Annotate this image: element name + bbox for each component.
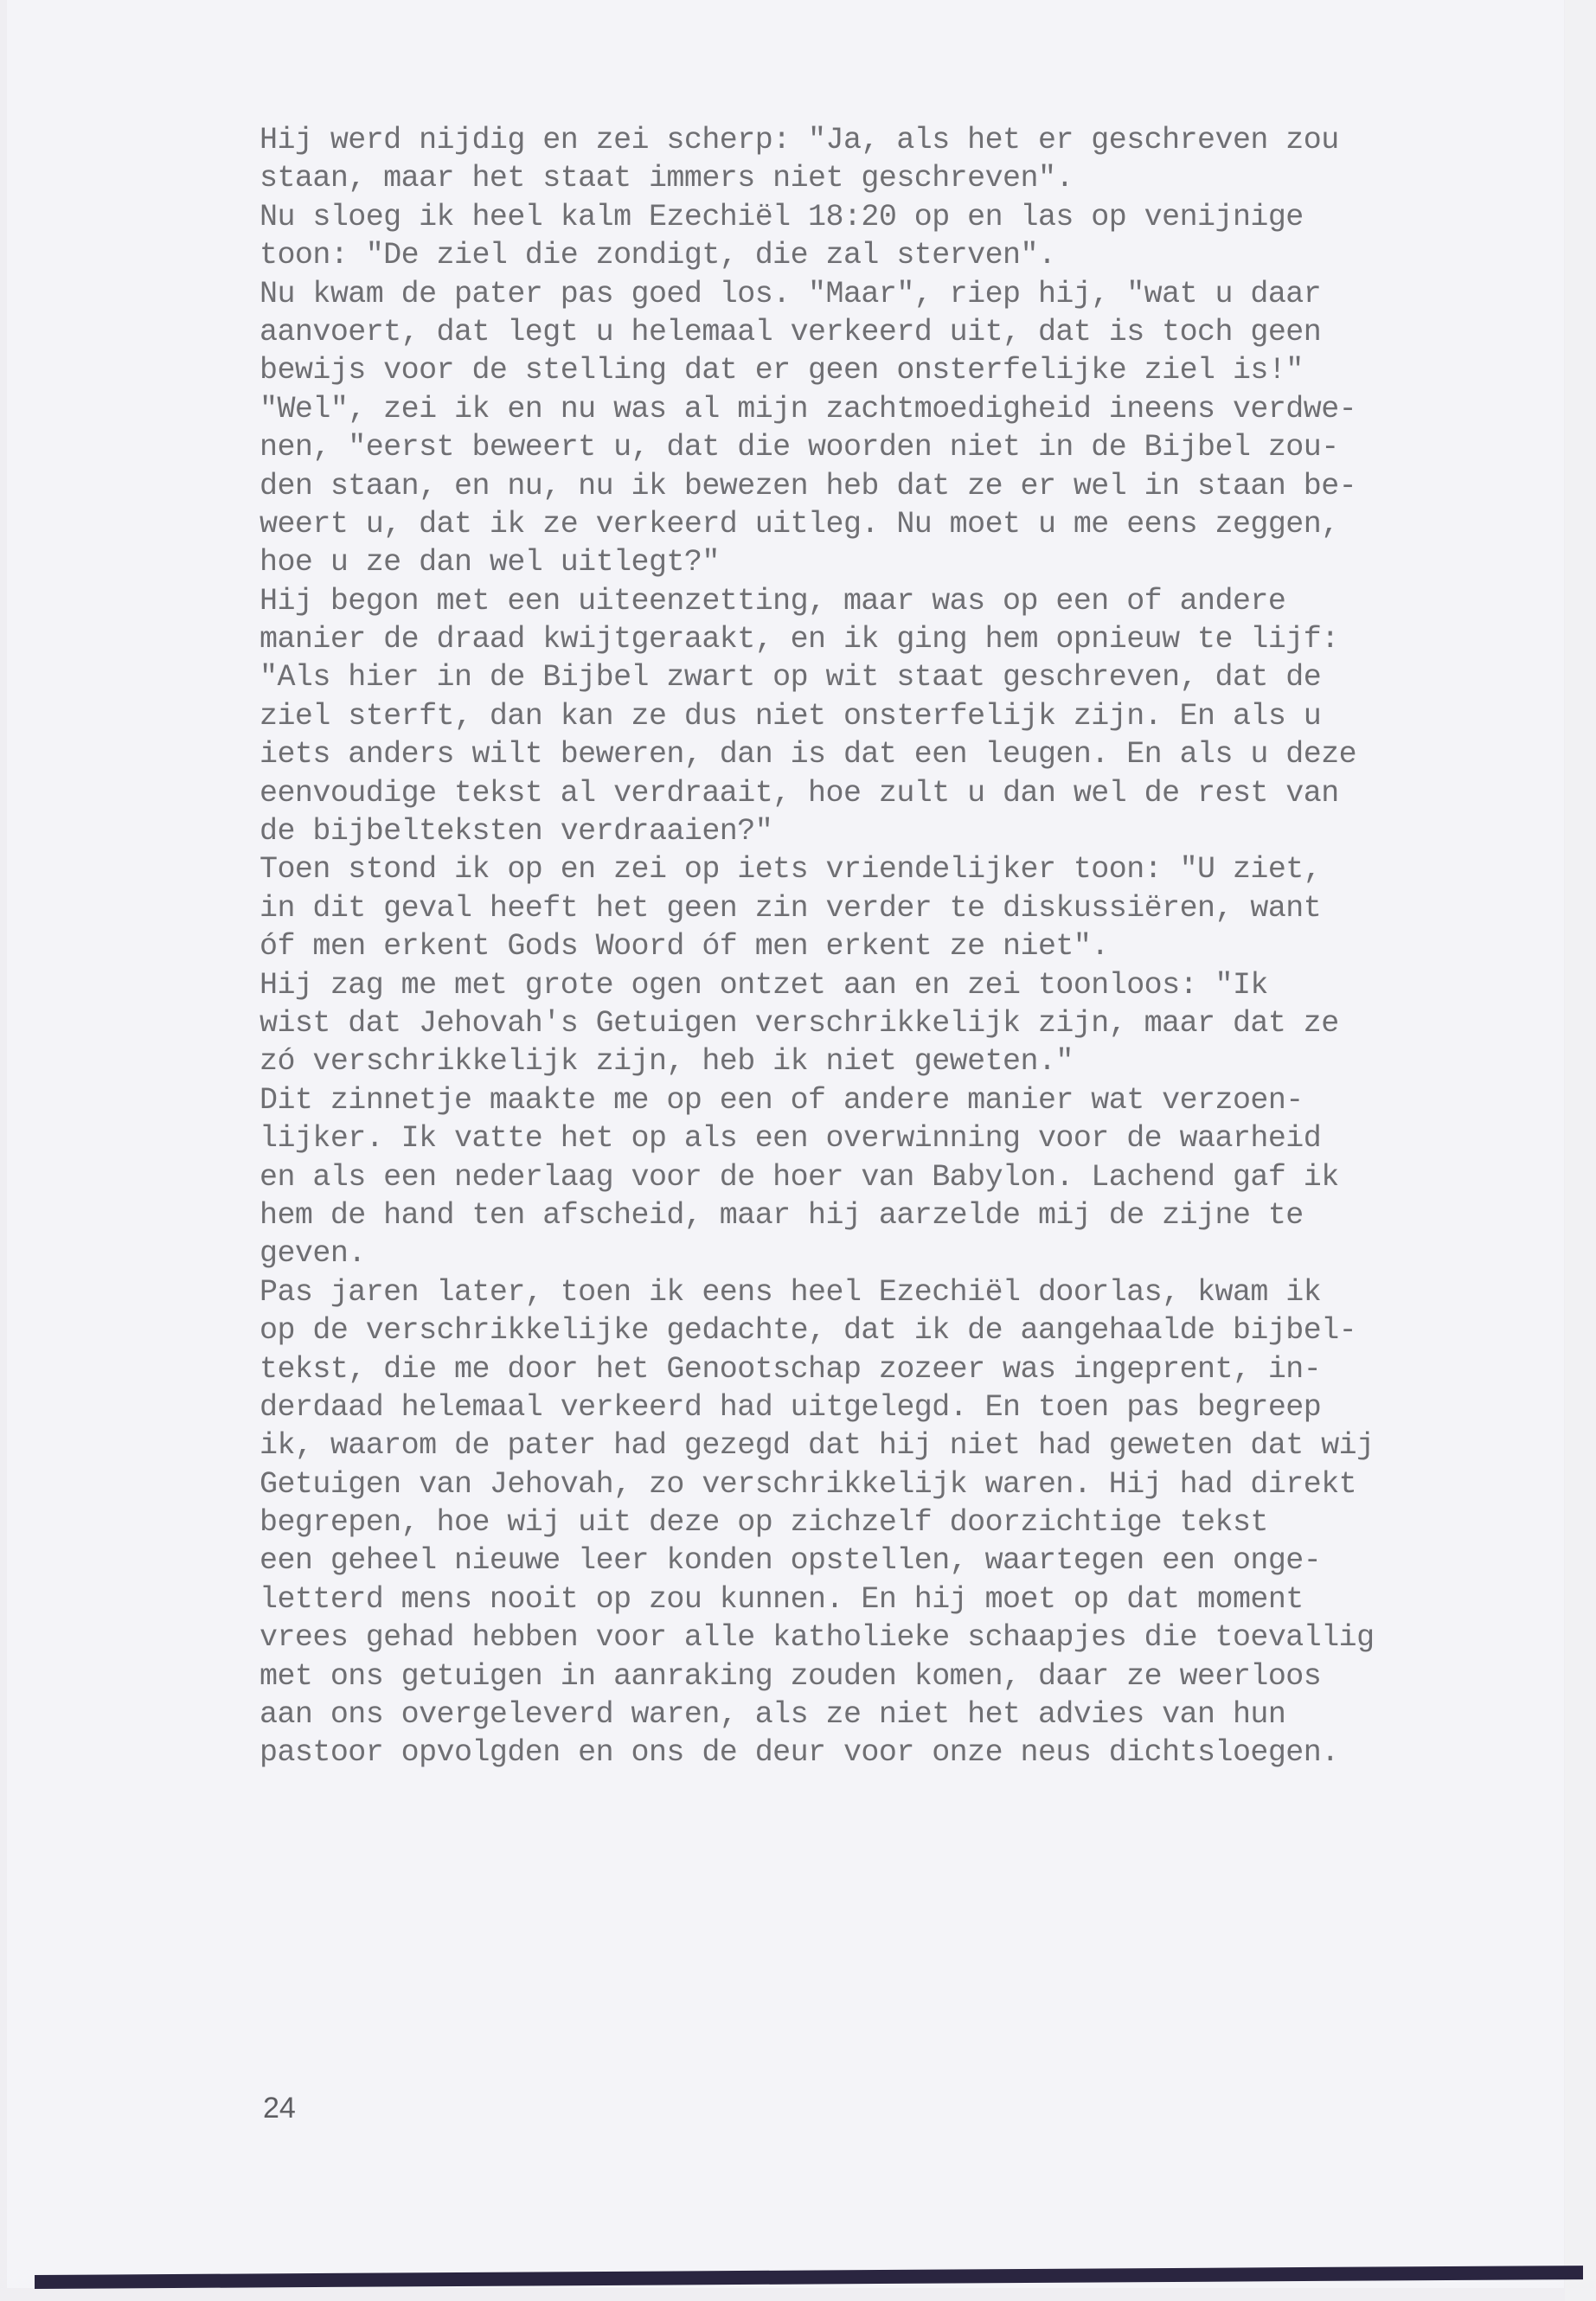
text-line: manier de draad kwijtgeraakt, en ik ging… xyxy=(260,620,1514,658)
page-edge xyxy=(1565,0,1596,2301)
text-line: "Wel", zei ik en nu was al mijn zachtmoe… xyxy=(260,390,1514,428)
text-line: eenvoudige tekst al verdraait, hoe zult … xyxy=(260,774,1514,812)
text-line: tekst, die me door het Genootschap zozee… xyxy=(260,1350,1514,1388)
text-line: Dit zinnetje maakte me op een of andere … xyxy=(260,1081,1514,1119)
text-line: Nu kwam de pater pas goed los. "Maar", r… xyxy=(260,275,1514,313)
text-line: Toen stond ik op en zei op iets vriendel… xyxy=(260,850,1514,888)
text-line: derdaad helemaal verkeerd had uitgelegd.… xyxy=(260,1388,1514,1426)
text-line: wist dat Jehovah's Getuigen verschrikkel… xyxy=(260,1004,1514,1042)
text-line: ik, waarom de pater had gezegd dat hij n… xyxy=(260,1426,1514,1465)
document-page: Hij werd nijdig en zei scherp: "Ja, als … xyxy=(7,0,1564,2288)
text-line: Nu sloeg ik heel kalm Ezechiël 18:20 op … xyxy=(260,198,1514,236)
text-line: een geheel nieuwe leer konden opstellen,… xyxy=(260,1541,1514,1580)
text-line: Pas jaren later, toen ik eens heel Ezech… xyxy=(260,1273,1514,1311)
text-line: begrepen, hoe wij uit deze op zichzelf d… xyxy=(260,1503,1514,1541)
text-line: aanvoert, dat legt u helemaal verkeerd u… xyxy=(260,313,1514,351)
text-line: Getuigen van Jehovah, zo verschrikkelijk… xyxy=(260,1465,1514,1503)
text-line: bewijs voor de stelling dat er geen onst… xyxy=(260,351,1514,389)
text-line: de bijbelteksten verdraaien?" xyxy=(260,812,1514,850)
text-line: iets anders wilt beweren, dan is dat een… xyxy=(260,735,1514,773)
body-text: Hij werd nijdig en zei scherp: "Ja, als … xyxy=(260,121,1514,1772)
text-line: en als een nederlaag voor de hoer van Ba… xyxy=(260,1158,1514,1196)
text-line: hem de hand ten afscheid, maar hij aarze… xyxy=(260,1196,1514,1234)
text-line: Hij zag me met grote ogen ontzet aan en … xyxy=(260,966,1514,1004)
text-line: vrees gehad hebben voor alle katholieke … xyxy=(260,1618,1514,1657)
text-line: "Als hier in de Bijbel zwart op wit staa… xyxy=(260,658,1514,696)
text-line: lijker. Ik vatte het op als een overwinn… xyxy=(260,1119,1514,1157)
text-line: toon: "De ziel die zondigt, die zal ster… xyxy=(260,236,1514,274)
text-line: óf men erkent Gods Woord óf men erkent z… xyxy=(260,927,1514,965)
text-line: den staan, en nu, nu ik bewezen heb dat … xyxy=(260,467,1514,505)
text-line: geven. xyxy=(260,1234,1514,1272)
text-line: in dit geval heeft het geen zin verder t… xyxy=(260,889,1514,927)
text-line: pastoor opvolgden en ons de deur voor on… xyxy=(260,1734,1514,1772)
text-line: staan, maar het staat immers niet geschr… xyxy=(260,159,1514,197)
text-line: weert u, dat ik ze verkeerd uitleg. Nu m… xyxy=(260,505,1514,543)
text-line: Hij begon met een uiteenzetting, maar wa… xyxy=(260,582,1514,620)
text-line: met ons getuigen in aanraking zouden kom… xyxy=(260,1657,1514,1695)
text-line: nen, "eerst beweert u, dat die woorden n… xyxy=(260,428,1514,466)
page-number: 24 xyxy=(263,2092,296,2125)
text-line: ziel sterft, dan kan ze dus niet onsterf… xyxy=(260,697,1514,735)
text-line: hoe u ze dan wel uitlegt?" xyxy=(260,543,1514,581)
text-line: op de verschrikkelijke gedachte, dat ik … xyxy=(260,1311,1514,1349)
text-line: Hij werd nijdig en zei scherp: "Ja, als … xyxy=(260,121,1514,159)
text-line: letterd mens nooit op zou kunnen. En hij… xyxy=(260,1580,1514,1618)
text-line: zó verschrikkelijk zijn, heb ik niet gew… xyxy=(260,1042,1514,1080)
text-line: aan ons overgeleverd waren, als ze niet … xyxy=(260,1695,1514,1734)
